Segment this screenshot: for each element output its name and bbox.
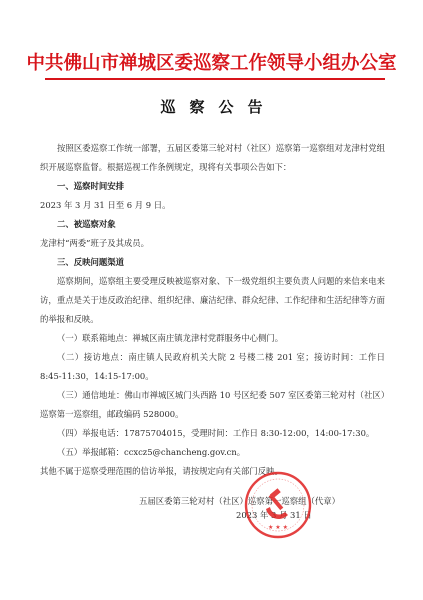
- other-complaints-note: 其他不属于巡察受理范围的信访举报，请按规定向有关部门反映。: [40, 462, 385, 481]
- channels-paragraph: 巡察期间，巡察组主要受理反映被巡察对象、下一级党组织主要负责人问题的来信来电来访…: [40, 272, 385, 329]
- schedule-text: 2023 年 3 月 31 日至 6 月 9 日。: [40, 196, 385, 215]
- document-title: 巡察公告: [0, 97, 423, 117]
- visit-location: （二）接访地点：南庄镇人民政府机关大院 2 号楼二楼 201 室；接访时间：工作…: [40, 348, 385, 386]
- target-text: 龙津村“两委”班子及其成员。: [40, 234, 385, 253]
- mailbox-location: （一）联系箱地点：禅城区南庄镇龙津村党群服务中心侧门。: [40, 329, 385, 348]
- section-heading-schedule: 一、巡察时间安排: [40, 177, 385, 196]
- mailing-address: （三）通信地址：佛山市禅城区城门头西路 10 号区纪委 507 室区委第三轮对村…: [40, 386, 385, 424]
- official-seal-icon: ★ ★ ★: [244, 471, 312, 539]
- intro-paragraph: 按照区委巡察工作统一部署，五届区委第三轮对村（社区）巡察第一巡察组对龙津村党组织…: [40, 139, 385, 177]
- svg-text:★ ★ ★: ★ ★ ★: [268, 524, 288, 531]
- report-email: （五）举报邮箱：ccxcz5@chancheng.gov.cn。: [40, 443, 385, 462]
- section-heading-target: 二、被巡察对象: [40, 215, 385, 234]
- letterhead-red-rule: [45, 78, 385, 80]
- org-letterhead-title: 中共佛山市禅城区委巡察工作领导小组办公室: [0, 52, 423, 76]
- document-body: 按照区委巡察工作统一部署，五届区委第三轮对村（社区）巡察第一巡察组对龙津村党组织…: [40, 139, 385, 481]
- section-heading-channels: 三、反映问题渠道: [40, 253, 385, 272]
- report-phone: （四）举报电话：17875704015，受理时间：工作日 8:30-12:00，…: [40, 424, 385, 443]
